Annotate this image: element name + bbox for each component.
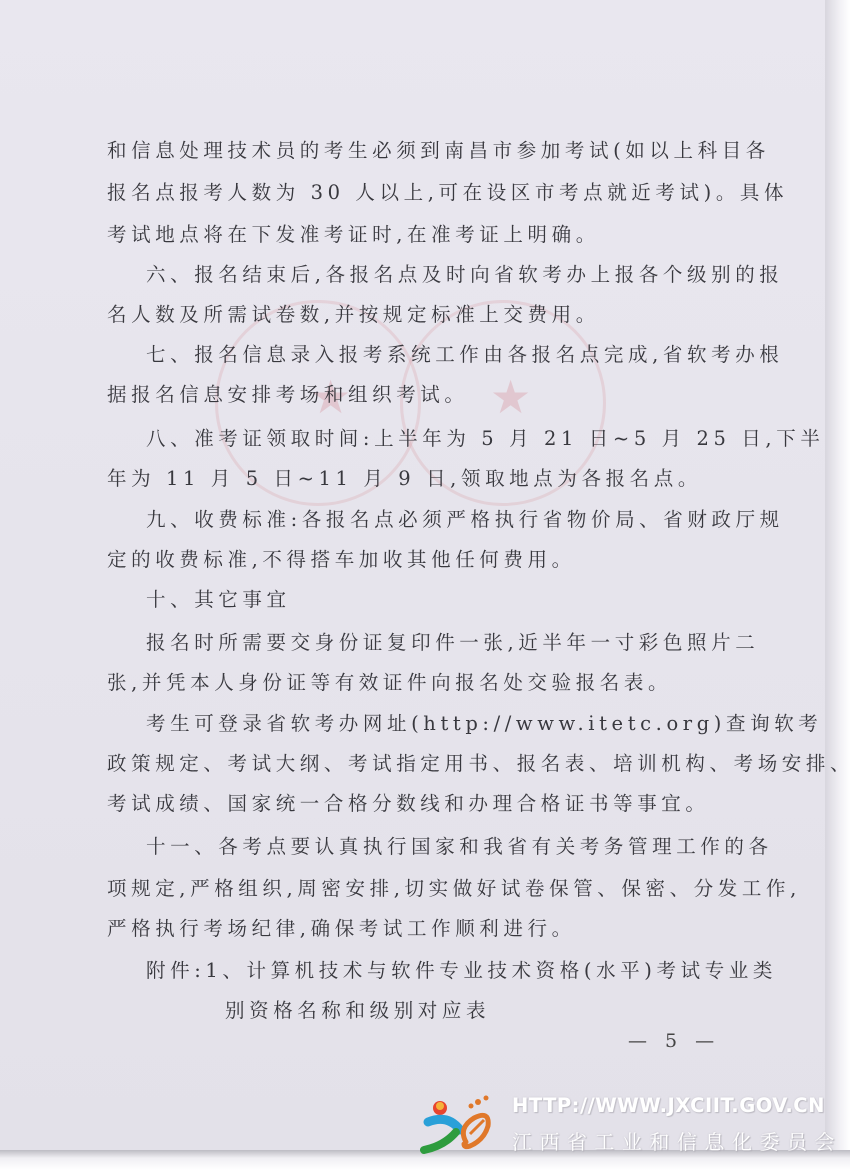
body-line: 据报名信息安排考场和组织考试。 — [107, 382, 469, 408]
body-line: 报名时所需要交身份证复印件一张,近半年一寸彩色照片二 — [146, 630, 759, 656]
body-line: 和信息处理技术员的考生必须到南昌市参加考试(如以上科目各 — [107, 138, 770, 164]
watermark-org-name: 江西省工业和信息化委员会 — [512, 1126, 842, 1155]
section-7-line: 七、报名信息录入报考系统工作由各报名点完成,省软考办根 — [146, 342, 783, 368]
body-line: 年为 11 月 5 日~11 月 9 日,领取地点为各报名点。 — [107, 466, 702, 492]
section-8-line: 八、准考证领取时间:上半年为 5 月 21 日~5 月 25 日,下半 — [146, 426, 824, 452]
body-line: 报名点报考人数为 30 人以上,可在设区市考点就近考试)。具体 — [107, 180, 788, 206]
body-line: 严格执行考场纪律,确保考试工作顺利进行。 — [107, 916, 576, 942]
watermark-url: HTTP://WWW.JXCIIT.GOV.CN — [512, 1094, 825, 1117]
body-line: 名人数及所需试卷数,并按规定标准上交费用。 — [107, 302, 600, 328]
section-11-line: 十一、各考点要认真执行国家和我省有关考务管理工作的各 — [146, 834, 773, 860]
attachment-line-continued: 别资格名称和级别对应表 — [225, 998, 490, 1024]
body-line: 考试成绩、国家统一合格分数线和办理合格证书等事宜。 — [107, 791, 710, 817]
page-number: — 5 — — [628, 1030, 720, 1052]
body-line: 张,并凭本人身份证等有效证件向报名处交验报名表。 — [107, 670, 672, 696]
attachment-line: 附件:1、计算机技术与软件专业技术资格(水平)考试专业类 — [146, 958, 777, 984]
section-6-line: 六、报名结束后,各报名点及时向省软考办上报各个级别的报 — [146, 262, 783, 288]
body-line: 项规定,严格组织,周密安排,切实做好试卷保管、保密、分发工作, — [107, 876, 801, 902]
body-line: 政策规定、考试大纲、考试指定用书、报名表、培训机构、考场安排、 — [107, 751, 850, 777]
section-10-heading: 十、其它事宜 — [146, 587, 291, 613]
section-9-line: 九、收费标准:各报名点必须严格执行省物价局、省财政厅规 — [146, 507, 784, 533]
body-line: 定的收费标准,不得搭车加收其他任何费用。 — [107, 547, 576, 573]
paper-edge-right — [825, 0, 850, 1150]
body-line: 考试地点将在下发准考证时,在准考证上明确。 — [107, 222, 600, 248]
website-line: 考生可登录省软考办网址(http://www.itetc.org)查询软考 — [146, 711, 822, 737]
jxciit-logo-icon — [418, 1090, 508, 1160]
